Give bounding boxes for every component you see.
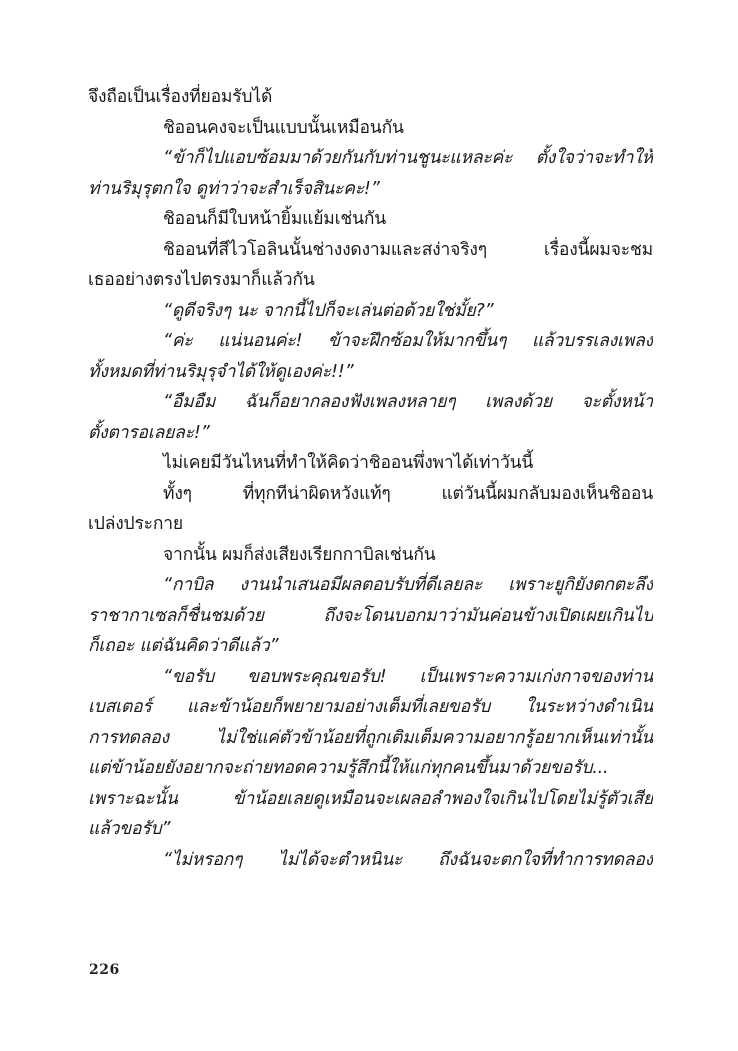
text-line: ไม่เคยมีวันไหนที่ทำให้คิดว่าชิออนพึ่งพาไ… xyxy=(88,448,653,479)
text-line: ตั้งตารอเลยละ!” xyxy=(88,418,653,449)
text-line: จึงถือเป็นเรื่องที่ยอมรับได้ xyxy=(88,82,653,113)
text-line: ราชากาเซลก็ชื่นชมด้วย ถึงจะโดนบอกมาว่ามั… xyxy=(88,601,653,632)
text-line: เพราะฉะนั้น ข้าน้อยเลยดูเหมือนจะเผลอลำพอ… xyxy=(88,784,653,815)
text-line: “ดูดีจริงๆ นะ จากนี้ไปก็จะเล่นต่อด้วยใช่… xyxy=(88,296,653,327)
text-line: “ค่ะ แน่นอนค่ะ! ข้าจะฝึกซ้อมให้มากขึ้นๆ … xyxy=(88,326,653,357)
text-line: ทั้งหมดที่ท่านริมุรุจำได้ให้ดูเองค่ะ!!” xyxy=(88,357,653,388)
text-line: ท่านริมุรุตกใจ ดูท่าว่าจะสำเร็จสินะคะ!” xyxy=(88,174,653,205)
text-line: “ขอรับ ขอบพระคุณขอรับ! เป็นเพราะความเก่ง… xyxy=(88,662,653,693)
text-line: “ไม่หรอกๆ ไม่ได้จะตำหนินะ ถึงฉันจะตกใจที… xyxy=(88,845,653,876)
book-page: จึงถือเป็นเรื่องที่ยอมรับได้ ชิออนคงจะเป… xyxy=(0,0,738,1051)
text-line: ชิออนก็มีใบหน้ายิ้มแย้มเช่นกัน xyxy=(88,204,653,235)
text-line: “อืมอืม ฉันก็อยากลองฟังเพลงหลายๆ เพลงด้ว… xyxy=(88,387,653,418)
text-line: แล้วขอรับ” xyxy=(88,814,653,845)
text-line: แต่ข้าน้อยยังอยากจะถ่ายทอดความรู้สึกนี้ใ… xyxy=(88,753,653,784)
text-line: ชิออนที่สีไวโอลินนั้นช่างงดงามและสง่าจริ… xyxy=(88,235,653,266)
text-line: จากนั้น ผมก็ส่งเสียงเรียกกาบิลเช่นกัน xyxy=(88,540,653,571)
text-line: “ข้าก็ไปแอบซ้อมมาด้วยกันกับท่านชูนะแหละค… xyxy=(88,143,653,174)
text-line: ทั้งๆ ที่ทุกทีน่าผิดหวังแท้ๆ แต่วันนี้ผม… xyxy=(88,479,653,510)
text-line: ชิออนคงจะเป็นแบบนั้นเหมือนกัน xyxy=(88,113,653,144)
text-line: เบสเตอร์ และข้าน้อยก็พยายามอย่างเต็มที่เ… xyxy=(88,692,653,723)
text-line: การทดลอง ไม่ใช่แค่ตัวข้าน้อยที่ถูกเติมเต… xyxy=(88,723,653,754)
page-number: 226 xyxy=(89,962,120,978)
text-line: ก็เถอะ แต่ฉันคิดว่าดีแล้ว” xyxy=(88,631,653,662)
text-line: “กาบิล งานนำเสนอมีผลตอบรับที่ดีเลยละ เพร… xyxy=(88,570,653,601)
body-text: จึงถือเป็นเรื่องที่ยอมรับได้ ชิออนคงจะเป… xyxy=(88,82,653,875)
text-line: เธออย่างตรงไปตรงมาก็แล้วกัน xyxy=(88,265,653,296)
text-line: เปล่งประกาย xyxy=(88,509,653,540)
